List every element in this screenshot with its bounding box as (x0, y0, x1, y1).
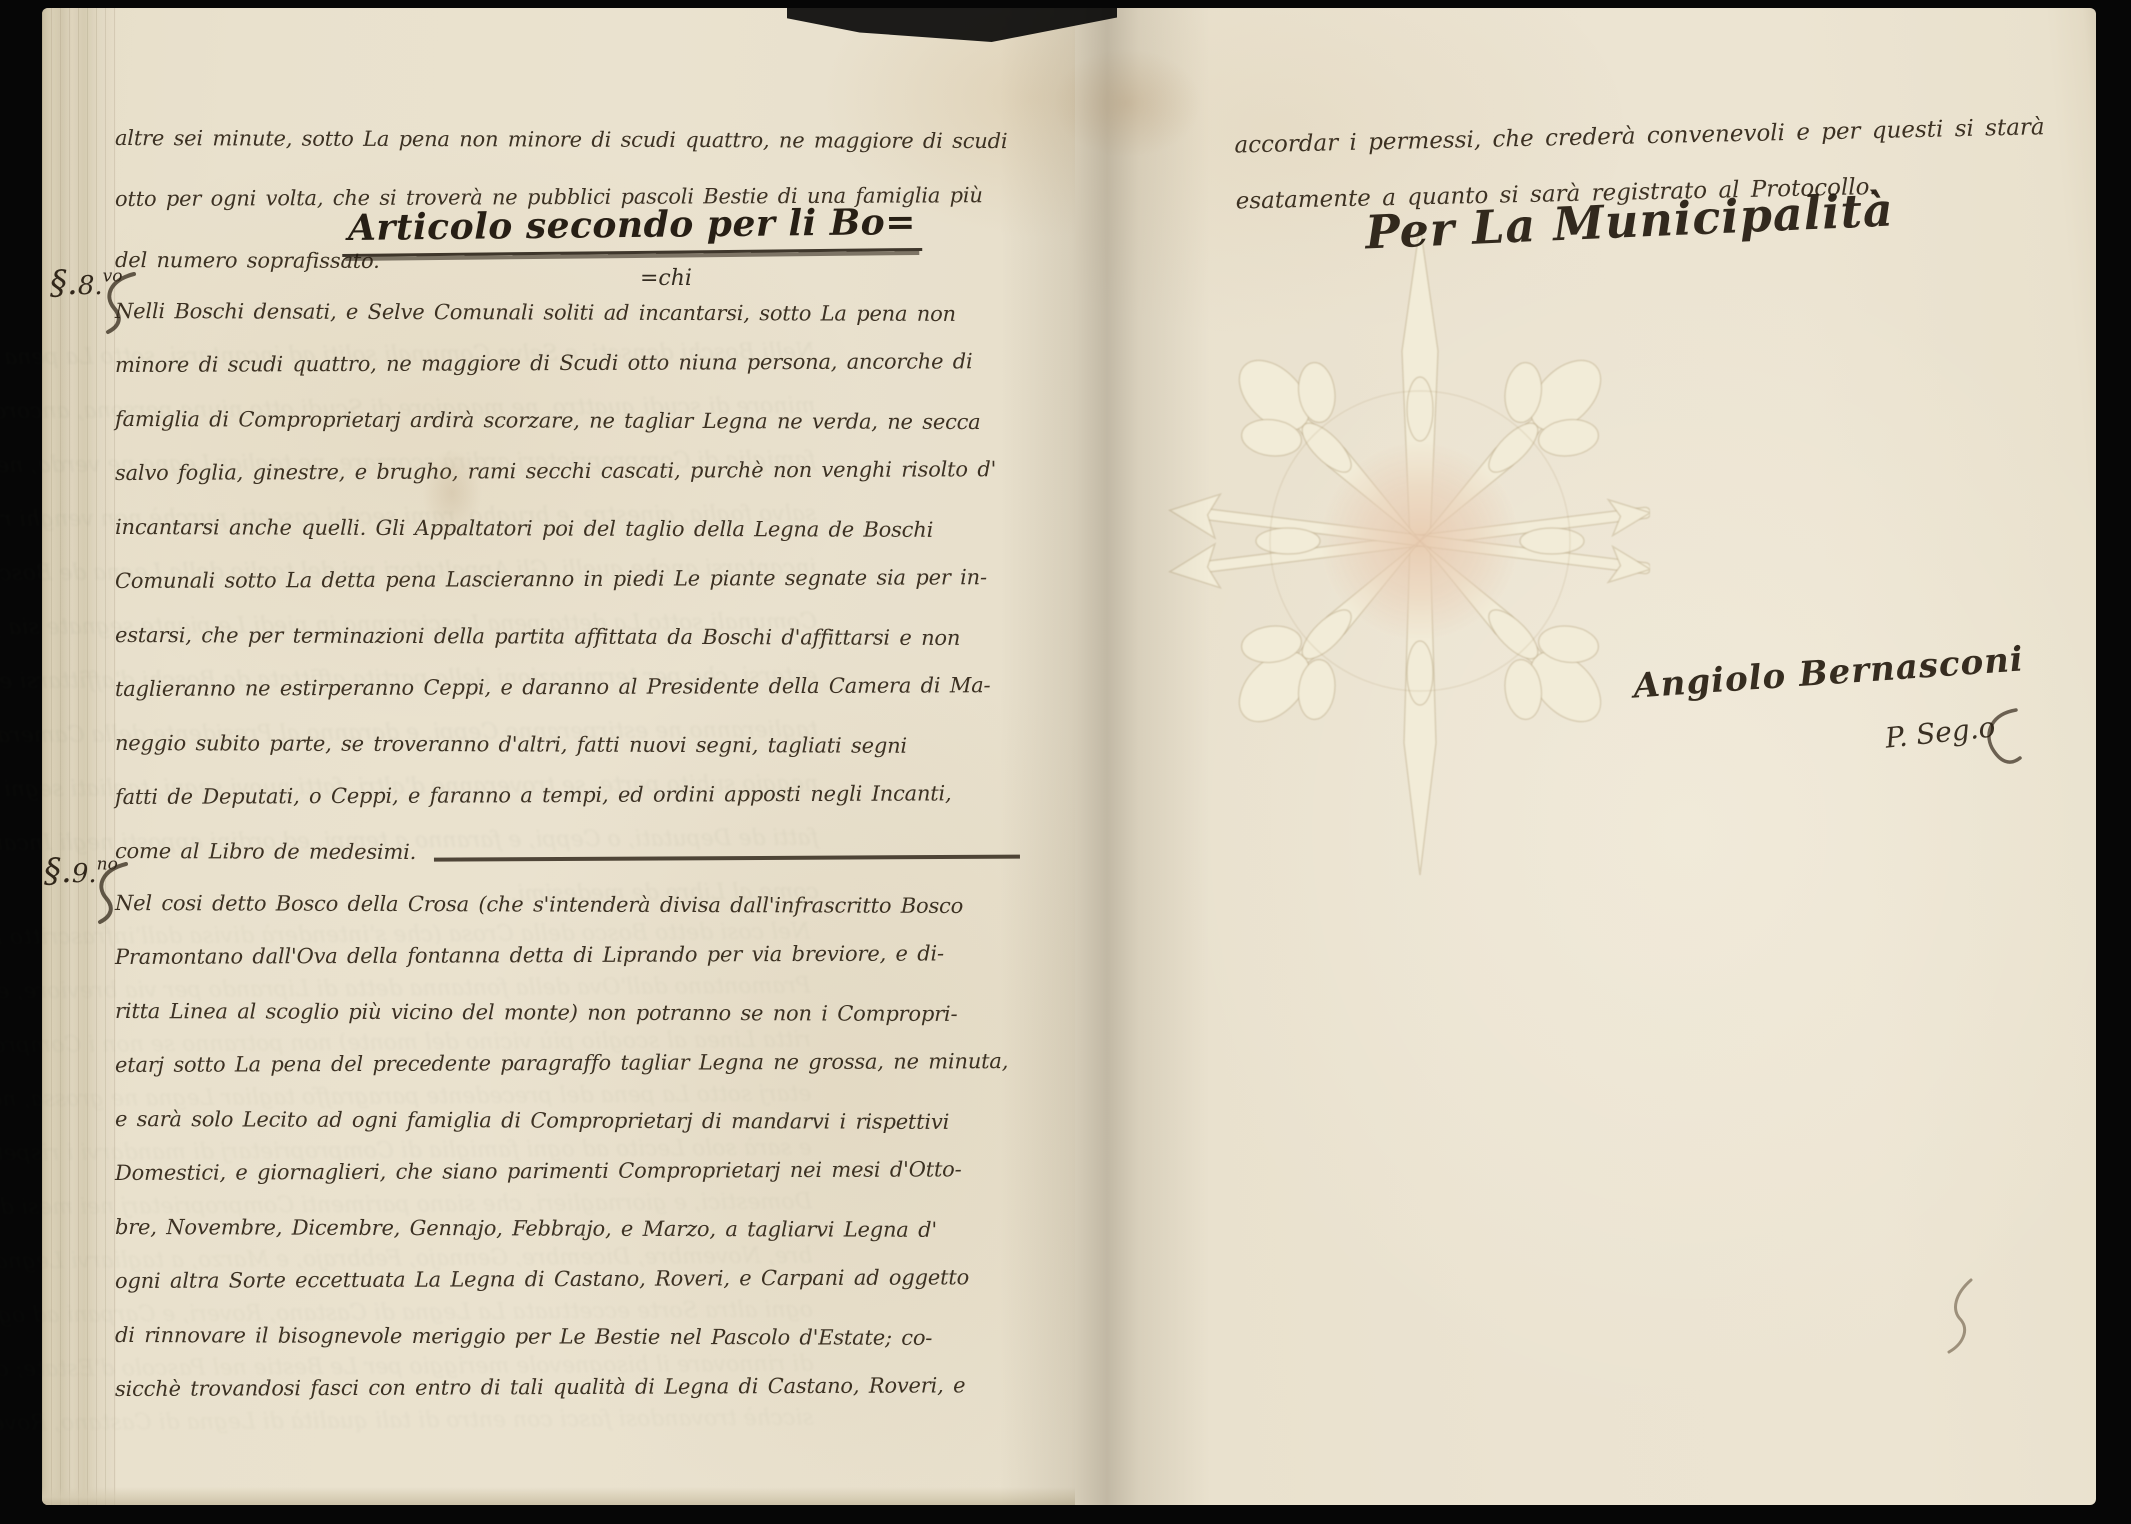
signature-name: Angiolo Bernasconi (1632, 639, 2025, 706)
bottom-page-edges (42, 1487, 1075, 1505)
manuscript-line: Comunali sotto La detta pena Lascieranno… (115, 551, 810, 608)
manuscript-line: Nel cosi detto Bosco della Crosa (che s'… (115, 876, 815, 932)
manuscript-line: neggio subito parte, se troveranno d'alt… (115, 716, 810, 772)
compass-rose-watermark (1150, 223, 1650, 883)
manuscript-line: etarj sotto La pena del precedente parag… (115, 1035, 815, 1092)
manuscript-line: e sarà solo Lecito ad ogni famiglia di C… (115, 1092, 815, 1148)
manuscript-line: Domestici, e giornaglieri, che siano par… (115, 1143, 815, 1200)
manuscript-line: ogni altra Sorte eccettuata La Legna di … (115, 1251, 815, 1308)
right-page-edges (2054, 8, 2096, 1505)
section-8-paragraph: Nelli Boschi densati, e Selve Comunali s… (115, 284, 810, 878)
manuscript-line: famiglia di Comproprietarj ardirà scorza… (115, 392, 810, 448)
manuscript-line: di rinnovare il bisognevole meriggio per… (115, 1308, 815, 1364)
manuscript-line: salvo foglia, ginestre, e brugho, rami s… (115, 443, 810, 500)
manuscript-line: come al Libro de medesimi. (115, 824, 1020, 881)
section-number: 8. (78, 271, 103, 301)
manuscript-line: sicchè trovandosi fasci con entro di tal… (115, 1359, 815, 1416)
manuscript-line: estarsi, che per terminazioni della part… (115, 608, 810, 664)
manuscript-line: Nelli Boschi densati, e Selve Comunali s… (115, 284, 810, 340)
manuscript-line: incantarsi anche quelli. Gli Appaltatori… (115, 500, 810, 556)
manuscript-line: Pramontano dall'Ova della fontanna detta… (115, 927, 815, 984)
manuscript-line: fatti de Deputati, o Ceppi, e faranno a … (115, 767, 810, 824)
right-page: accordar i permessi, che crederà convene… (1075, 8, 2096, 1505)
intro-paragraph: altre sei minute, sotto La pena non mino… (115, 108, 1007, 291)
manuscript-line: bre, Novembre, Dicembre, Gennajo, Febbra… (115, 1200, 815, 1256)
article-heading: Articolo secondo per li Bo= (342, 201, 922, 257)
manuscript-line: altre sei minute, sotto La pena non mino… (115, 108, 1008, 172)
manuscript-book-spread: Nelli Boschi densati, e Selve Comunali s… (42, 8, 2096, 1505)
left-page: Nelli Boschi densati, e Selve Comunali s… (42, 8, 1075, 1505)
manuscript-line: minore di scudi quattro, ne maggiore di … (115, 335, 810, 392)
section-symbol: §. (50, 263, 78, 303)
manuscript-line: ritta Linea al scoglio più vicino del mo… (115, 984, 815, 1040)
section-symbol: §. (44, 851, 72, 891)
left-page-edges (42, 8, 116, 1505)
signature-paraph-icon (1980, 704, 2024, 780)
section-9-paragraph: Nel cosi detto Bosco della Crosa (che s'… (115, 876, 815, 1416)
manuscript-line: taglieranno ne estirperanno Ceppi, e dar… (115, 659, 810, 716)
ink-flourish-icon (1941, 1276, 1981, 1356)
